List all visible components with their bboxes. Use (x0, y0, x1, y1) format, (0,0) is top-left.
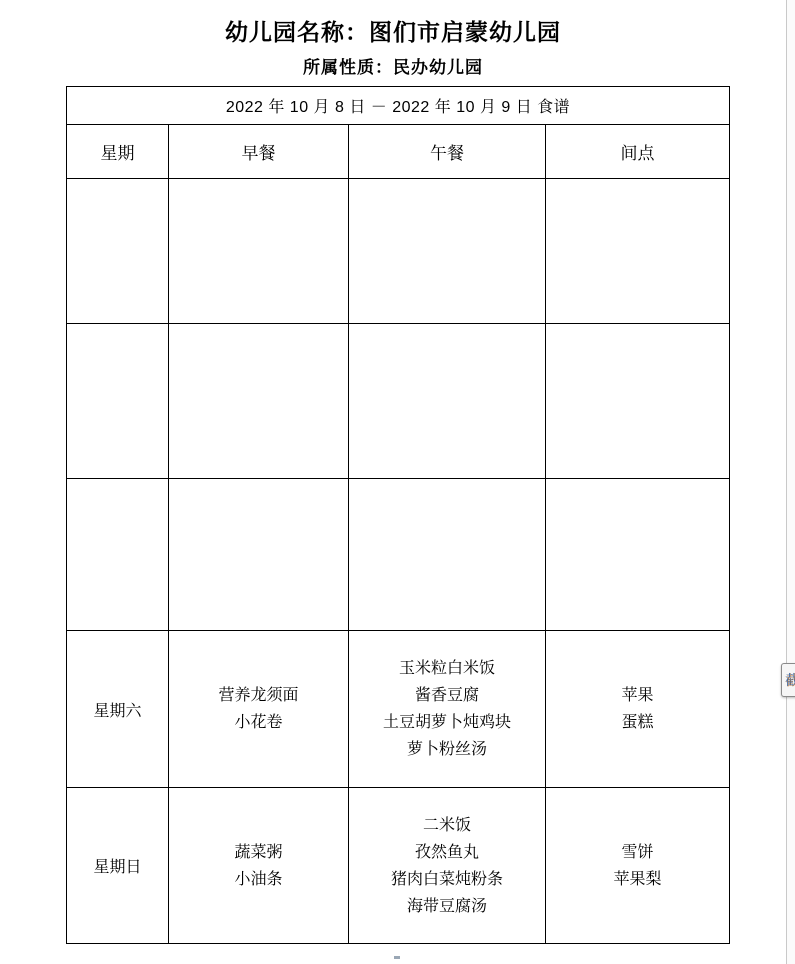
column-header-breakfast: 早餐 (169, 125, 349, 179)
cell-snack (546, 324, 730, 479)
table-row-sunday: 星期日 蔬菜粥 小油条 二米饭 孜然鱼丸 猪肉白菜炖粉条 海带豆腐汤 雪饼 苹果… (67, 788, 730, 944)
cell-breakfast (169, 324, 349, 479)
cell-snack (546, 179, 730, 324)
cell-snack: 苹果 蛋糕 (546, 631, 730, 788)
cell-lunch: 玉米粒白米饭 酱香豆腐 土豆胡萝卜炖鸡块 萝卜粉丝汤 (349, 631, 546, 788)
cell-breakfast: 蔬菜粥 小油条 (169, 788, 349, 944)
table-row (67, 324, 730, 479)
page-right-margin-line (786, 0, 787, 964)
cell-breakfast: 营养龙须面 小花卷 (169, 631, 349, 788)
cell-day (67, 479, 169, 631)
table-caption-row: 2022 年 10 月 8 日 － 2022 年 10 月 9 日 食谱 (67, 87, 730, 125)
cell-breakfast (169, 179, 349, 324)
column-header-day: 星期 (67, 125, 169, 179)
cell-breakfast (169, 479, 349, 631)
page-title: 幼儿园名称：图们市启蒙幼儿园 (0, 14, 786, 47)
cell-day: 星期六 (67, 631, 169, 788)
page-subtitle: 所属性质：民办幼儿园 (0, 53, 786, 78)
cell-day (67, 179, 169, 324)
table-header-row: 星期 早餐 午餐 间点 (67, 125, 730, 179)
side-tool-button[interactable]: 截 (781, 663, 795, 697)
table-row-saturday: 星期六 营养龙须面 小花卷 玉米粒白米饭 酱香豆腐 土豆胡萝卜炖鸡块 萝卜粉丝汤… (67, 631, 730, 788)
column-header-snack: 间点 (546, 125, 730, 179)
cell-lunch (349, 324, 546, 479)
cell-lunch (349, 479, 546, 631)
cell-snack (546, 479, 730, 631)
right-margin-area (787, 0, 795, 964)
side-tool-glyph: 截 (785, 670, 795, 690)
document-page: 幼儿园名称：图们市启蒙幼儿园 所属性质：民办幼儿园 2022 年 10 月 8 … (0, 0, 786, 964)
cell-snack: 雪饼 苹果梨 (546, 788, 730, 944)
column-header-lunch: 午餐 (349, 125, 546, 179)
table-caption: 2022 年 10 月 8 日 － 2022 年 10 月 9 日 食谱 (67, 87, 730, 125)
table-row (67, 479, 730, 631)
cell-day: 星期日 (67, 788, 169, 944)
table-row (67, 179, 730, 324)
cell-day (67, 324, 169, 479)
page-footer-mark (394, 956, 400, 959)
menu-table: 2022 年 10 月 8 日 － 2022 年 10 月 9 日 食谱 星期 … (66, 86, 730, 944)
cell-lunch (349, 179, 546, 324)
cell-lunch: 二米饭 孜然鱼丸 猪肉白菜炖粉条 海带豆腐汤 (349, 788, 546, 944)
